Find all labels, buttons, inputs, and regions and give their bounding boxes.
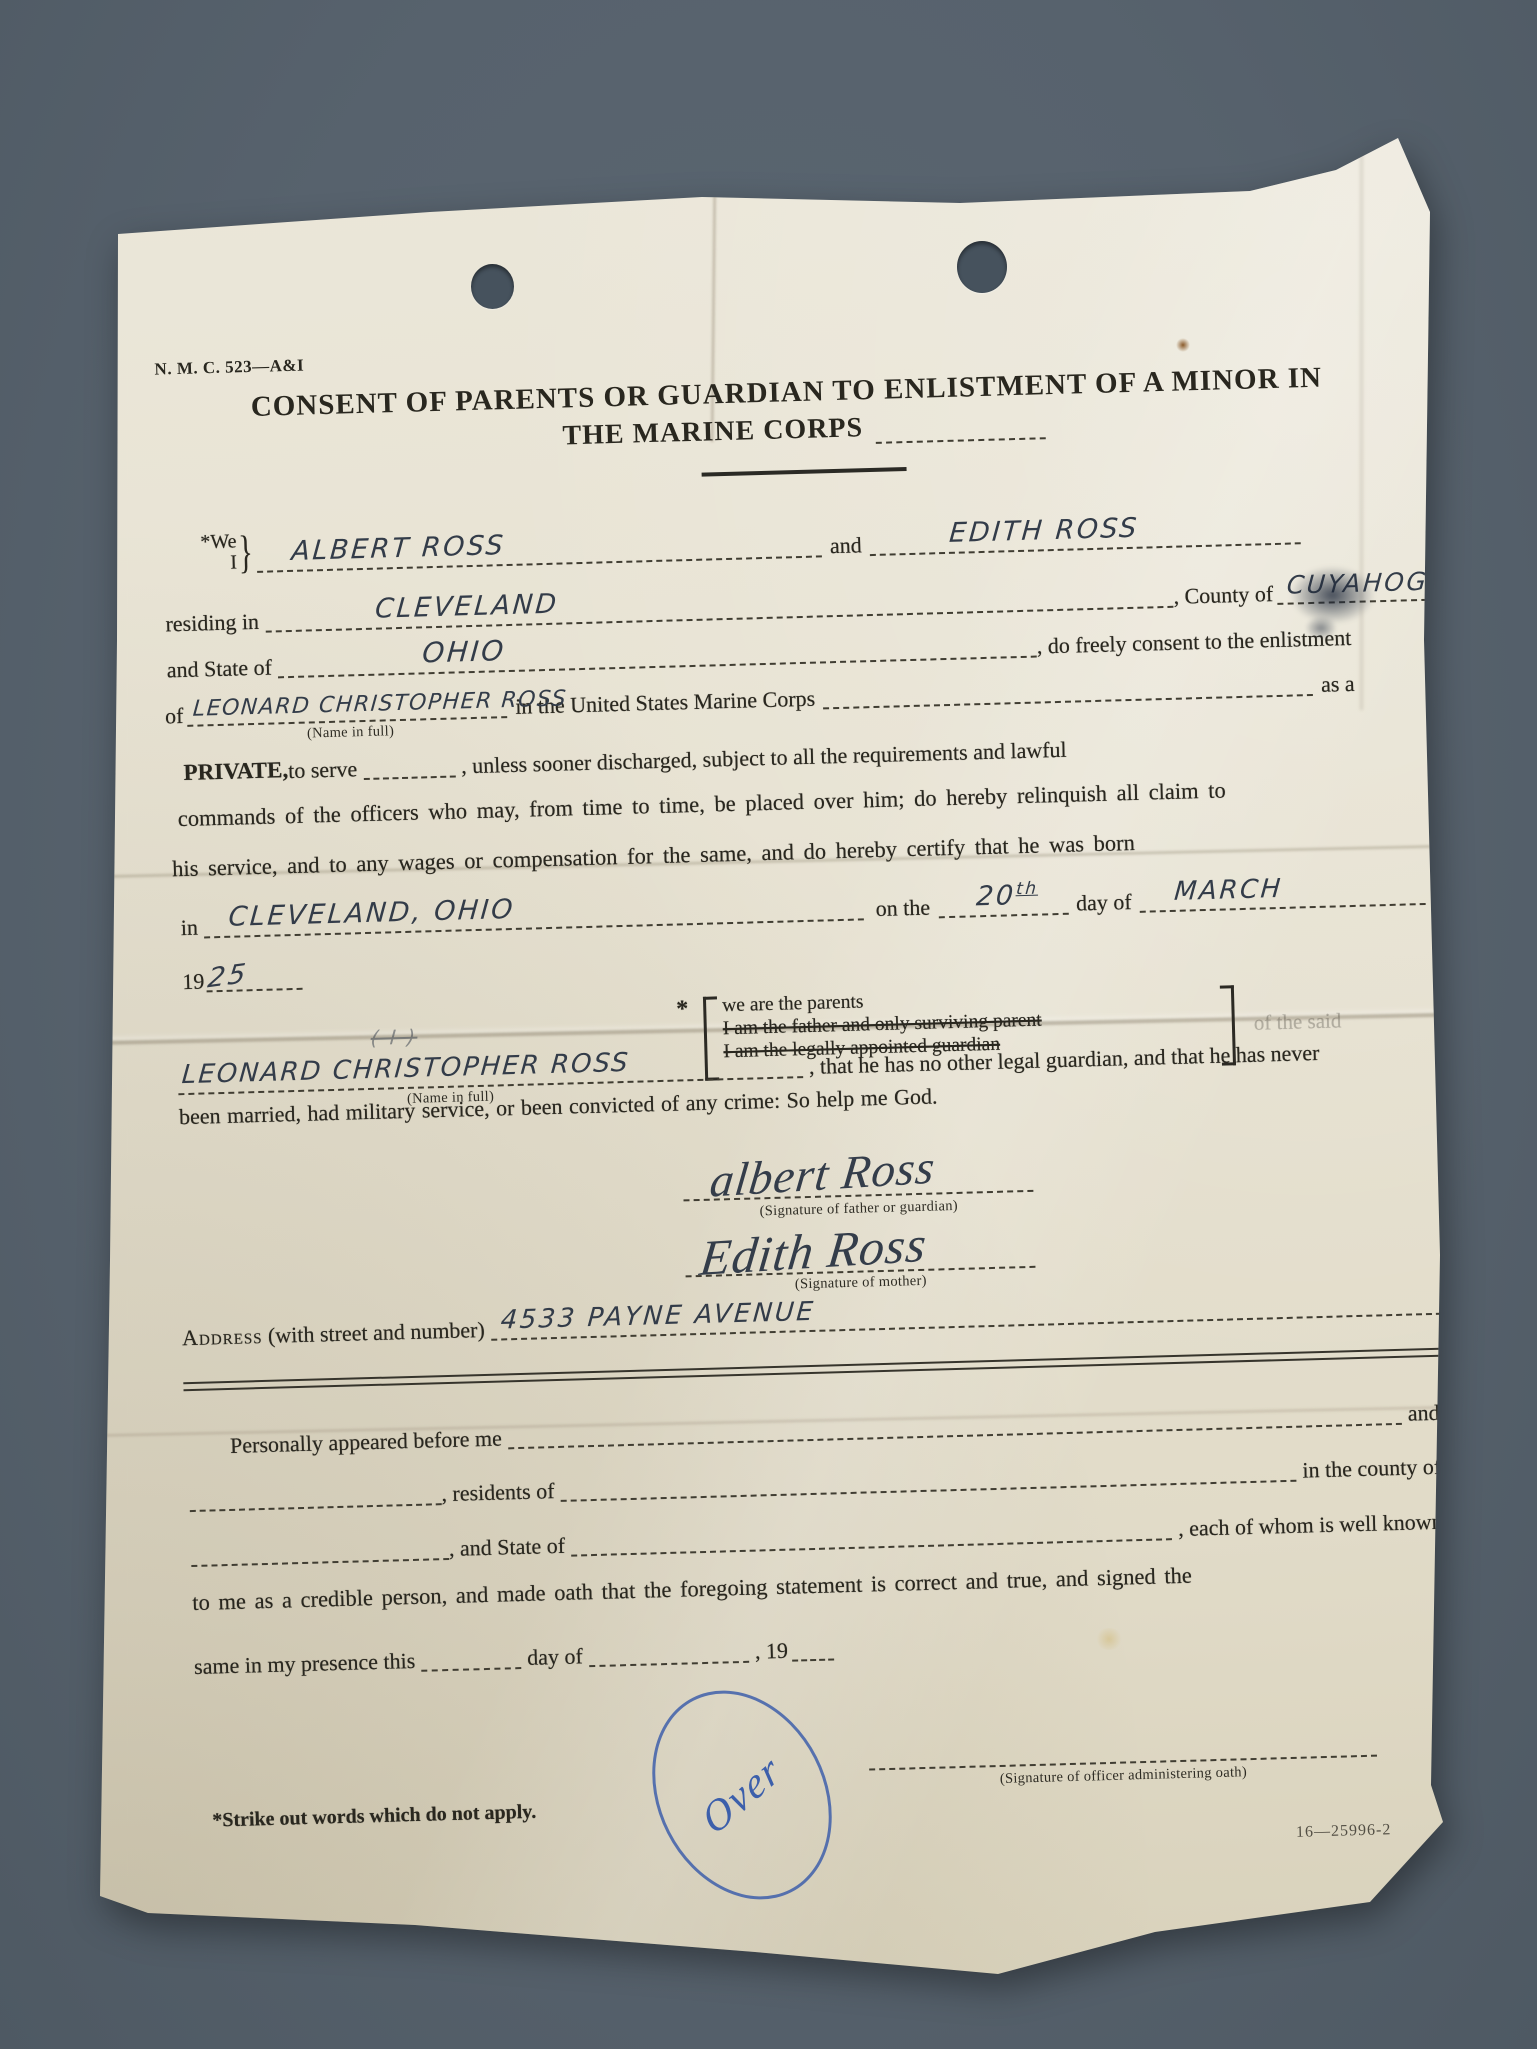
day-of-label-2: day of <box>527 1644 583 1669</box>
minor-name-2-handwriting: LEONARD CHRISTOPHER ROSS <box>181 1048 631 1090</box>
notary-appeared-row: Personally appeared before me and <box>229 1390 1439 1457</box>
residents-blank-2 <box>561 1475 1297 1502</box>
residents-of-label: , residents of <box>441 1479 555 1505</box>
presence-label: same in my presence this <box>194 1649 416 1678</box>
brace: } <box>238 525 254 578</box>
address-handwriting: 4533 PAYNE AVENUE <box>499 1297 816 1336</box>
father-name-handwriting: ALBERT ROSS <box>291 530 507 567</box>
form-title-line2: THE MARINE CORPS <box>562 412 863 452</box>
private-label: PRIVATE, <box>183 758 288 785</box>
as-a-text: as a <box>1321 672 1355 696</box>
form-title-line2-row: THE MARINE CORPS <box>562 407 1045 452</box>
options-asterisk: * <box>676 997 689 1023</box>
birth-day-line: 20th <box>938 908 1068 919</box>
in-county-label: in the county of <box>1302 1455 1441 1482</box>
state-blank-1 <box>191 1553 449 1567</box>
birth-day-handwriting: 20th <box>975 879 1039 913</box>
residents-blank-1 <box>190 1498 442 1512</box>
we-label: *We <box>200 531 237 553</box>
birthplace-line: CLEVELAND, OHIO <box>204 913 864 938</box>
mother-signature-line: Edith Ross <box>684 1212 1035 1278</box>
notary-date-row: same in my presence this day of , 19 <box>193 1626 834 1678</box>
year-19-label: 19 <box>182 969 205 993</box>
birth-month-line: MARCH <box>1140 898 1426 913</box>
to-serve-label: to serve <box>288 757 358 782</box>
rank-dashes <box>823 689 1313 709</box>
address-line: 4533 PAYNE AVENUE <box>491 1308 1442 1341</box>
photo-scene: N. M. C. 523—A&I CONSENT OF PARENTS OR G… <box>0 0 1537 2049</box>
birth-year-row: 19 25 <box>181 942 302 993</box>
over-note-handwriting: Over <box>694 1745 790 1846</box>
punch-hole-left <box>471 264 514 309</box>
date-day-blank <box>421 1662 521 1672</box>
mother-name-line: EDITH ROSS <box>870 537 1301 556</box>
address-label: Address (with street and number) <box>182 1318 485 1349</box>
no-other-guardian-text: , that he has no other legal guardian, a… <box>809 1041 1320 1078</box>
birth-month-handwriting: MARCH <box>1173 874 1284 907</box>
comma-19-label: , 19 <box>755 1639 789 1663</box>
we-i-stack: *We I } <box>200 525 258 580</box>
in-label: in <box>181 916 199 940</box>
state-blank-2 <box>571 1533 1172 1556</box>
city-handwriting: CLEVELAND <box>373 589 559 625</box>
enlistment-consent-form: N. M. C. 523—A&I CONSENT OF PARENTS OR G… <box>0 0 1537 2049</box>
on-the-label: on the <box>875 895 930 920</box>
date-month-blank <box>589 1656 749 1667</box>
year-suffix-handwriting: 25 <box>206 958 250 994</box>
birth-day-suffix: th <box>1015 879 1039 900</box>
and-label: and <box>830 533 862 557</box>
father-signature-line: albert Ross <box>682 1138 1033 1202</box>
print-code: 16—25996-2 <box>1296 1821 1392 1842</box>
commands-line: commands of the officers who may, from t… <box>178 778 1227 830</box>
title-dashes <box>875 432 1045 444</box>
unless-text: , unless sooner discharged, subject to a… <box>461 738 1067 778</box>
strike-out-note: *Strike out words which do not apply. <box>212 1802 536 1832</box>
serve-term-dashes <box>363 771 455 781</box>
day-of-label: day of <box>1076 890 1132 915</box>
and-state-label: , and State of <box>449 1534 566 1560</box>
mother-name-handwriting: EDITH ROSS <box>948 513 1140 549</box>
paper-shadow: N. M. C. 523—A&I CONSENT OF PARENTS OR G… <box>0 0 1537 2049</box>
minor-name-handwriting: LEONARD CHRISTOPHER ROSS <box>192 686 568 721</box>
birthplace-handwriting: CLEVELAND, OHIO <box>227 894 516 933</box>
title-underline <box>702 467 907 477</box>
personally-appeared-label: Personally appeared before me <box>230 1426 502 1457</box>
well-known-label: , each of whom is well known <box>1178 1510 1443 1540</box>
form-content: N. M. C. 523—A&I CONSENT OF PARENTS OR G… <box>140 315 1473 1950</box>
year-line: 25 <box>206 983 302 993</box>
form-code: N. M. C. 523—A&I <box>154 356 304 380</box>
appeared-names-line <box>508 1418 1402 1450</box>
and-label-2: and <box>1408 1401 1440 1425</box>
of-label: of <box>165 704 184 728</box>
punch-hole-right <box>957 241 1007 293</box>
state-handwriting: OHIO <box>421 634 507 669</box>
date-year-blank <box>792 1653 834 1661</box>
i-label: I <box>230 552 237 573</box>
county-handwriting: CUYAHOGA <box>1286 566 1449 599</box>
